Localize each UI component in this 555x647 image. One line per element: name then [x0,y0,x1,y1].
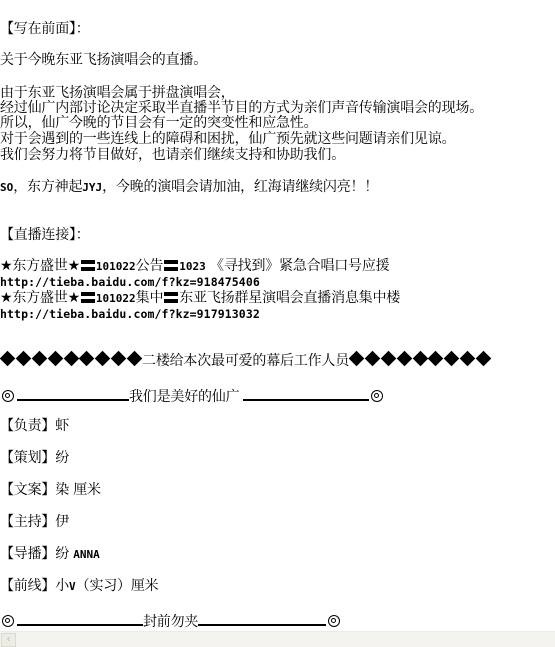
link-code: 101022 [96,292,136,305]
intro-line: 关于今晚东亚飞扬演唱会的直播。 [0,52,207,68]
document-body: 【写在前面】： 关于今晚东亚飞扬演唱会的直播。 由于东亚飞扬演唱会属于拼盘演唱会… [0,0,555,630]
staff-row: 【前线】小V（实习）厘米 [0,578,158,595]
chevron-left-icon: ‹ [7,634,11,645]
staff-name: 染 厘米 [55,482,101,498]
underline-rule [243,385,369,401]
staff-name: 伊 [55,514,69,530]
diamond-icon [396,351,412,367]
cheer-prefix: SO [0,181,13,194]
staff-name-2: （实习）厘米 [76,578,159,594]
diamond-icon [365,351,381,367]
diamonds-right [349,353,491,369]
double-circle-icon [328,615,340,627]
double-bar-icon [81,260,95,271]
double-bar-icon [81,292,95,303]
divider-bottom: 封前勿夹 [0,610,343,630]
diamond-icon [475,351,491,367]
double-bar-icon [164,292,178,303]
paragraph-line-3: 所以，仙广今晚的节目会有一定的突变性和应急性。 [0,115,317,131]
diamond-icon [460,351,476,367]
staff-role: 【文案】 [0,482,55,498]
staff-name: 虾 [55,418,69,434]
staff-row: 【策划】纷 [0,450,69,466]
staff-name: 小 [55,578,69,594]
link-url-1[interactable]: http://tieba.baidu.com/f?kz=918475406 [0,274,260,290]
staff-extra: V [69,580,76,593]
diamond-icon [0,351,16,367]
cheer-text-1: ，东方神起 [13,179,82,195]
link-title-part: 东亚飞扬群星演唱会直播消息集中楼 [179,290,400,306]
link-code-2: 1023 [179,260,206,273]
link-title-part: 《寻找到》紧急合唱口号应援 [210,258,389,274]
paragraph-line-4: 对于会遇到的一些连线上的障碍和困扰，仙广预先就这些问题请亲们见谅。 [0,131,455,147]
staff-header: 二楼给本次最可爱的幕后工作人员 [0,353,491,369]
staff-row: 【负责】虾 [0,418,69,434]
staff-row: 【文案】染 厘米 [0,482,101,498]
staff-header-text: 二楼给本次最可爱的幕后工作人员 [142,353,349,369]
underline-rule [198,610,326,626]
divider-top: 我们是美好的仙广 [0,385,386,405]
link-title-part: 东方盛世 [12,258,67,274]
staff-role: 【主持】 [0,514,55,530]
star-icon: ★ [0,290,12,306]
horizontal-scrollbar[interactable]: ‹ [0,631,555,647]
diamond-icon [111,351,127,367]
star-icon: ★ [68,258,80,274]
diamond-icon [63,351,79,367]
diamond-icon [444,351,460,367]
cheer-text-2: ，今晚的演唱会请加油，红海请继续闪亮！！ [102,179,378,195]
star-icon: ★ [68,290,80,306]
diamond-icon [412,351,428,367]
diamond-icon [32,351,48,367]
diamond-icon [381,351,397,367]
section-title-links: 【直播连接】： [0,227,90,243]
diamond-icon [95,351,111,367]
staff-role: 【导播】 [0,546,55,562]
staff-role: 【前线】 [0,578,55,594]
diamond-icon [79,351,95,367]
divider-top-text: 我们是美好的仙广 [129,389,239,405]
scroll-left-button[interactable]: ‹ [1,633,16,647]
diamond-icon [349,351,365,367]
diamond-icon [126,351,142,367]
link-url-2[interactable]: http://tieba.baidu.com/f?kz=917913032 [0,306,260,322]
link-title-part: 公告 [136,258,164,274]
staff-name: 纷 [55,450,69,466]
paragraph-line-2: 经过仙广内部讨论决定采取半直播半节目的方式为亲们声音传输演唱会的现场。 [0,100,483,116]
staff-role: 【策划】 [0,450,55,466]
staff-role: 【负责】 [0,418,55,434]
link-title-1: ★东方盛世★101022公告1023 《寻找到》紧急合唱口号应援 [0,258,389,275]
diamond-icon [16,351,32,367]
underline-rule [17,385,129,401]
cheer-line: SO，东方神起JYJ，今晚的演唱会请加油，红海请继续闪亮！！ [0,179,378,196]
section-title-intro: 【写在前面】： [0,21,90,37]
cheer-band: JYJ [82,181,102,194]
double-circle-icon [2,390,14,402]
double-bar-icon [164,260,178,271]
paragraph-line-5: 我们会努力将节目做好，也请亲们继续支持和协助我们。 [0,147,345,163]
diamond-icon [428,351,444,367]
double-circle-icon [2,615,14,627]
star-icon: ★ [0,258,12,274]
link-code: 101022 [96,260,136,273]
divider-bottom-text: 封前勿夹 [143,614,198,630]
link-title-2: ★东方盛世★101022集中东亚飞扬群星演唱会直播消息集中楼 [0,290,400,307]
paragraph-line-1: 由于东亚飞扬演唱会属于拼盘演唱会， [0,85,235,101]
staff-row: 【主持】伊 [0,514,69,530]
diamond-icon [47,351,63,367]
double-circle-icon [371,390,383,402]
link-title-part: 东方盛世 [12,290,67,306]
underline-rule [17,610,143,626]
staff-extra: ANNA [73,548,100,561]
staff-name: 纷 [55,546,69,562]
diamonds-left [0,353,142,369]
link-title-part: 集中 [136,290,164,306]
staff-row: 【导播】纷 ANNA [0,546,100,563]
